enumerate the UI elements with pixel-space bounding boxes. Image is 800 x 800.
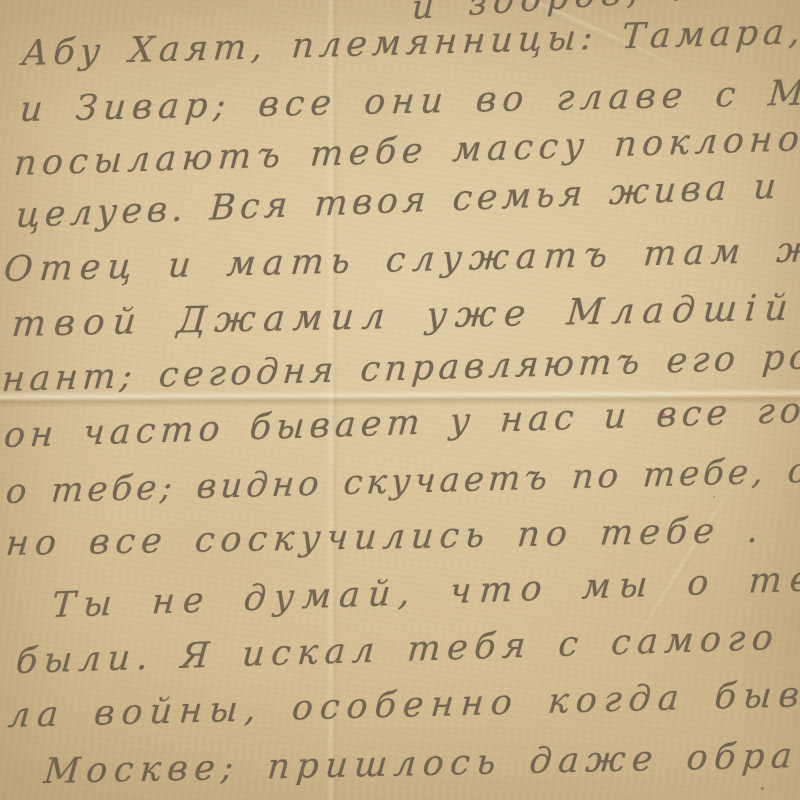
handwriting-line: Абу Хаят, племянницы: Тамара, Нигяр, <box>20 7 800 74</box>
handwriting-line: и Зивар; все они во главе с Мамекей <box>18 70 800 130</box>
handwriting-line: ла войны, особенно когда бывал в <box>6 672 800 736</box>
paper-speck <box>713 496 715 498</box>
handwriting-line: Отец и мать служатъ там же. Братъ <box>2 224 800 290</box>
handwriting-line: были. Я искал тебя с самого нача- <box>15 613 800 682</box>
handwriting-line: твой Джамил уже Младшій Лейте- <box>10 283 800 345</box>
handwriting-line: Ты не думай, что мы о тебе за- <box>51 553 800 626</box>
handwriting-line: но все соскучились по тебе . <box>4 511 766 564</box>
handwriting-line: Москве; пришлось даже обратиться <box>42 732 800 792</box>
handwriting-line: о тебе; видно скучаетъ по тебе, собствен <box>4 446 800 512</box>
letter-paper: и здоров, тетя) Абу Хаят, племянницы: Та… <box>0 0 800 800</box>
paper-speck <box>761 787 764 790</box>
